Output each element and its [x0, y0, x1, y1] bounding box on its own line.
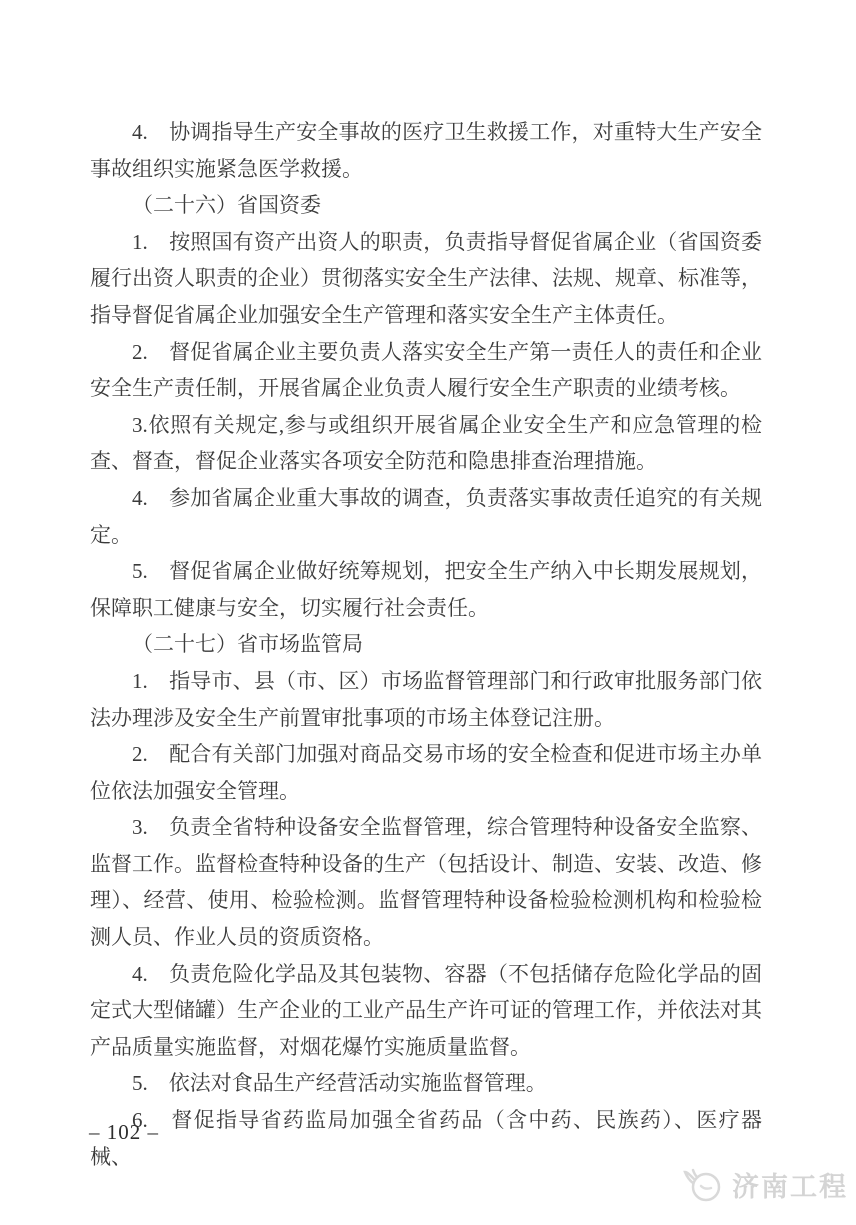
page-number: – 102 –	[89, 1120, 159, 1145]
paragraph: 4. 协调指导生产安全事故的医疗卫生救援工作，对重特大生产安全事故组织实施紧急医…	[90, 114, 762, 187]
paragraph: 6. 督促指导省药监局加强全省药品（含中药、民族药）、医疗器械、	[90, 1102, 762, 1175]
paragraph: 5. 督促省属企业做好统筹规划，把安全生产纳入中长期发展规划，保障职工健康与安全…	[90, 553, 762, 626]
paragraph: 4. 参加省属企业重大事故的调查，负责落实事故责任追究的有关规定。	[90, 480, 762, 553]
section-heading: （二十七）省市场监管局	[90, 626, 762, 663]
document-body: 4. 协调指导生产安全事故的医疗卫生救援工作，对重特大生产安全事故组织实施紧急医…	[90, 114, 762, 1175]
paragraph: 1. 按照国有资产出资人的职责，负责指导督促省属企业（省国资委履行出资人职责的企…	[90, 224, 762, 334]
bird-logo-icon	[679, 1160, 727, 1208]
watermark-text: 济南工程	[732, 1165, 848, 1204]
watermark: 济南工程	[679, 1160, 848, 1208]
document-page: { "document": { "paragraphs": [ { "type"…	[0, 0, 856, 1225]
paragraph: 1. 指导市、县（市、区）市场监督管理部门和行政审批服务部门依法办理涉及安全生产…	[90, 663, 762, 736]
paragraph: 3.依照有关规定,参与或组织开展省属企业安全生产和应急管理的检查、督查，督促企业…	[90, 407, 762, 480]
paragraph: 3. 负责全省特种设备安全监督管理，综合管理特种设备安全监察、监督工作。监督检查…	[90, 809, 762, 955]
paragraph: 4. 负责危险化学品及其包装物、容器（不包括储存危险化学品的固定式大型储罐）生产…	[90, 956, 762, 1066]
paragraph: 2. 配合有关部门加强对商品交易市场的安全检查和促进市场主办单位依法加强安全管理…	[90, 736, 762, 809]
paragraph: 2. 督促省属企业主要负责人落实安全生产第一责任人的责任和企业安全生产责任制，开…	[90, 334, 762, 407]
section-heading: （二十六）省国资委	[90, 187, 762, 224]
paragraph: 5. 依法对食品生产经营活动实施监督管理。	[90, 1065, 762, 1102]
